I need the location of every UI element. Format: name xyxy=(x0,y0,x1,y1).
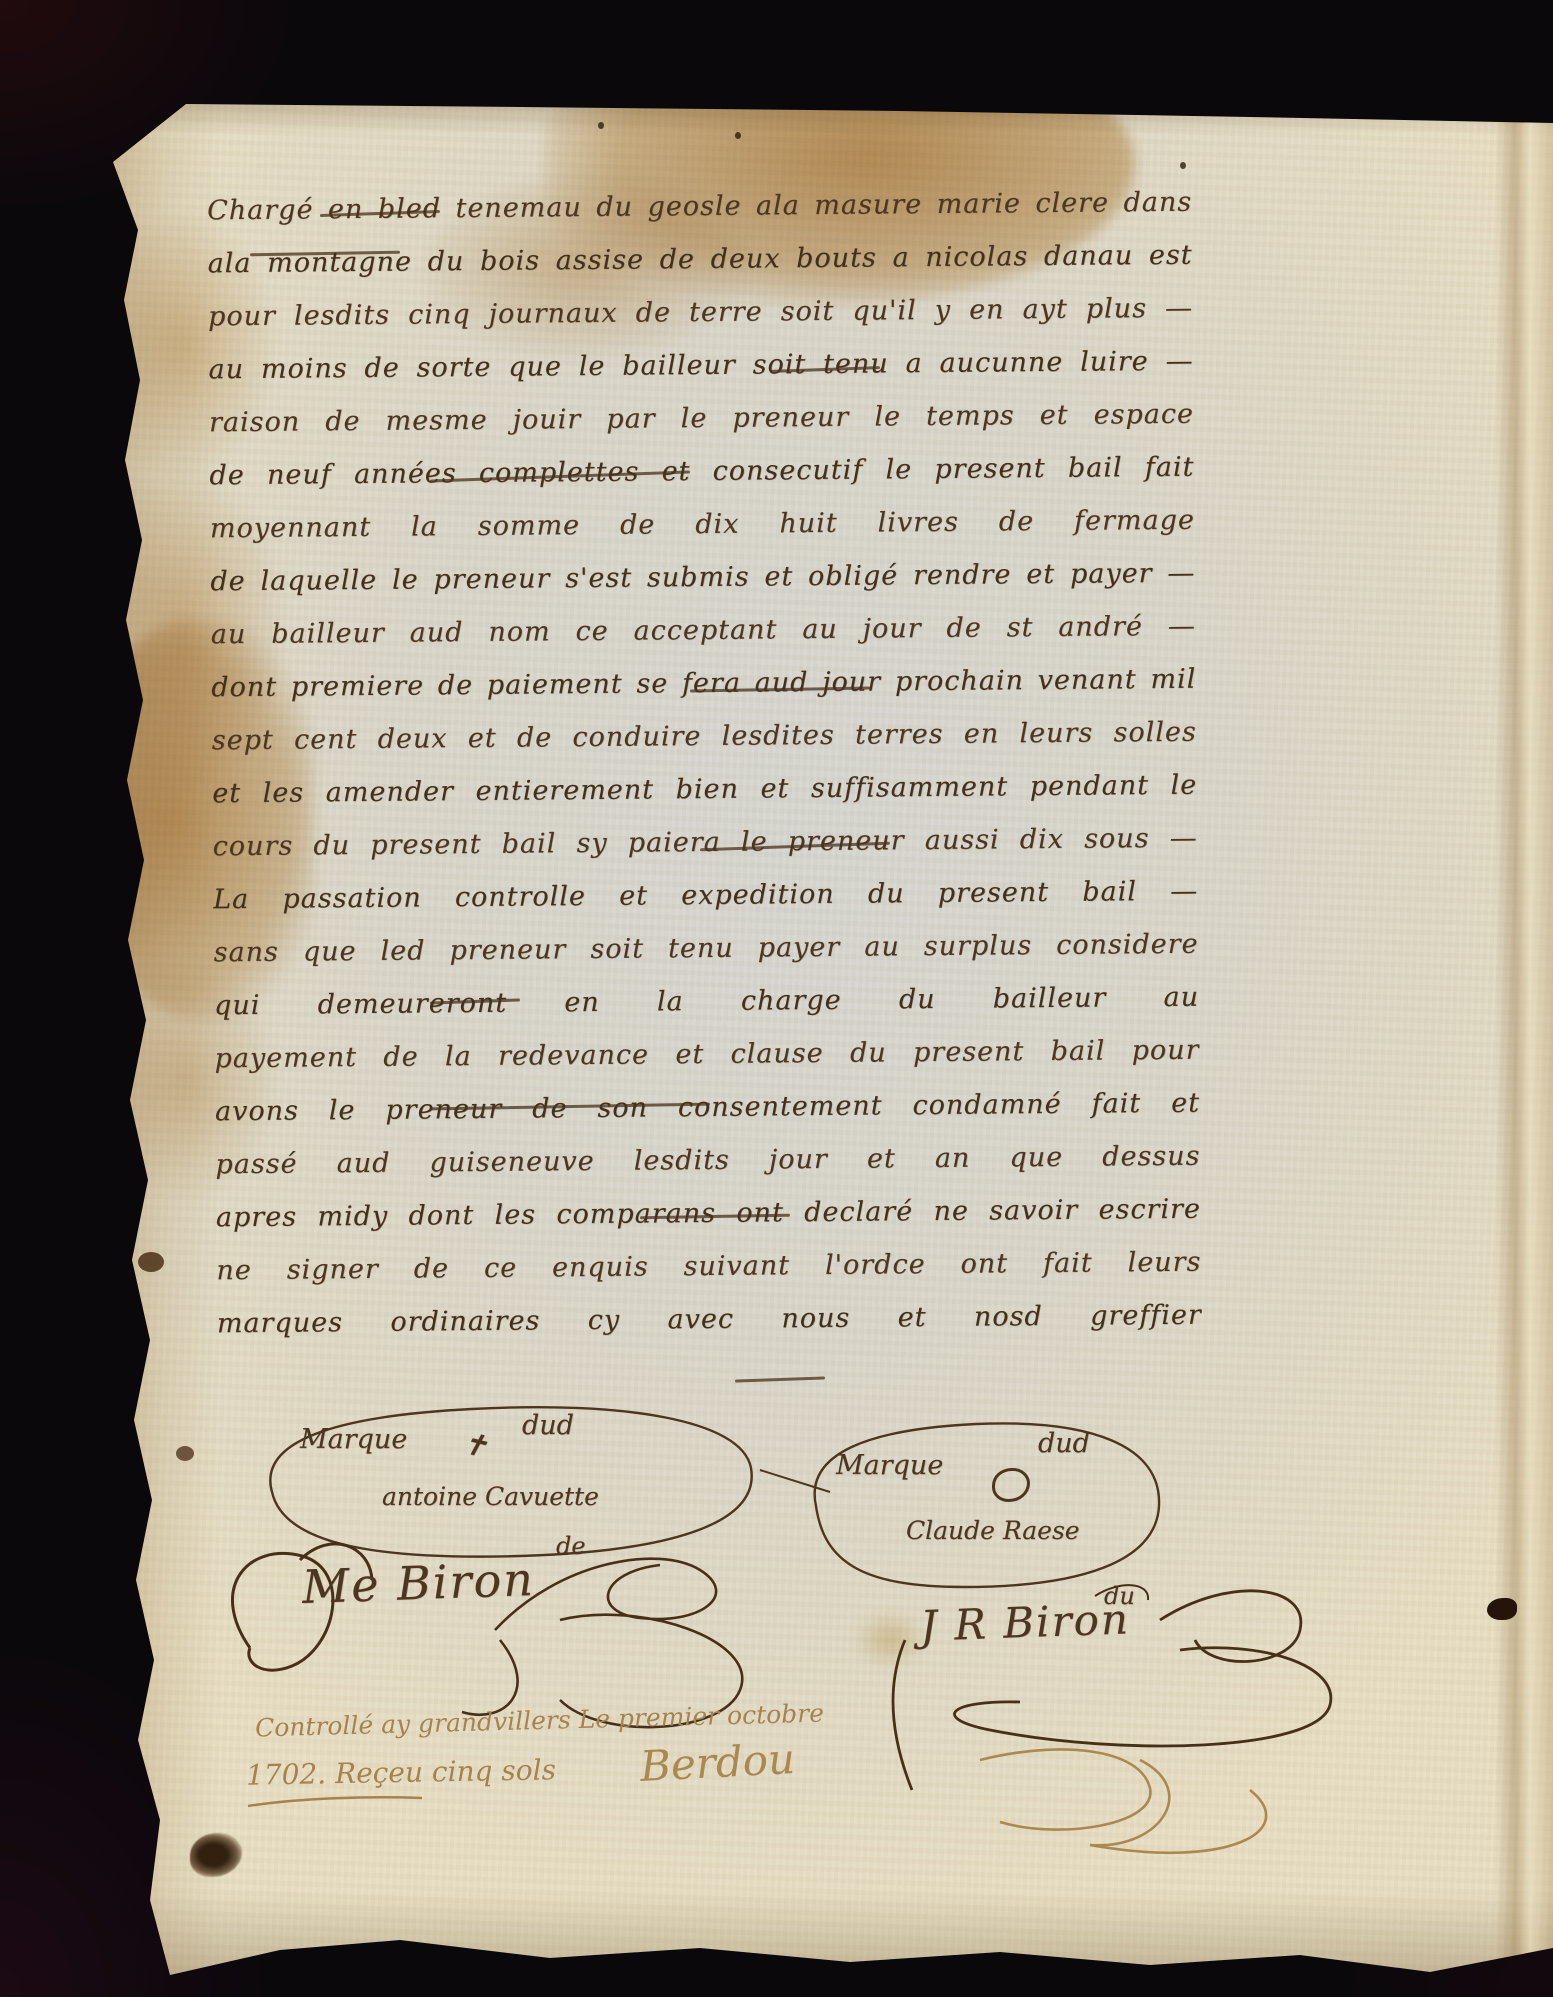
control-note-line2: 1702. Reçeu cinq sols xyxy=(246,1753,556,1791)
text-line: apres midy dont les comparans ont declar… xyxy=(216,1183,1201,1245)
text-line: marques ordinaires cy avec nous et nosd … xyxy=(217,1289,1202,1351)
ink-speck xyxy=(648,100,654,107)
small-yellow-stain xyxy=(855,1612,925,1667)
manuscript-body-text: Chargé en bled tenemau du geosle ala mas… xyxy=(207,176,1202,1351)
text-line: moyennant la somme de dix huit livres de… xyxy=(210,494,1195,556)
ink-speck xyxy=(735,132,741,139)
text-line: sept cent deux et de conduire lesdites t… xyxy=(212,706,1197,768)
left-signature: Me Biron xyxy=(301,1552,536,1614)
text-line: Chargé en bled tenemau du geosle ala mas… xyxy=(207,176,1192,238)
ink-speck xyxy=(598,122,604,129)
text-line: passé aud guiseneuve lesdits jour et an … xyxy=(215,1130,1200,1192)
text-line: dont premiere de paiement se fera aud jo… xyxy=(211,653,1196,715)
text-line: et les amender entierement bien et suffi… xyxy=(212,759,1197,821)
registration-signature: Berdou xyxy=(639,1734,796,1791)
text-line: pour lesdits cinq journaux de terre soit… xyxy=(208,282,1193,344)
text-line: cours du present bail sy paiera le prene… xyxy=(212,812,1197,874)
paper-speck-left-b xyxy=(176,1446,194,1461)
text-line: ala montagne du bois assise de deux bout… xyxy=(207,229,1192,291)
left-mark-dud-label: dud xyxy=(522,1410,574,1441)
dark-speck-right xyxy=(1487,1598,1517,1620)
paper-speck-left-a xyxy=(138,1252,164,1272)
right-signature: J R Biron xyxy=(919,1594,1130,1650)
right-mark-name: Claude Raese xyxy=(906,1516,1080,1545)
manuscript-paper-sheet: Chargé en bled tenemau du geosle ala mas… xyxy=(0,0,1553,1997)
text-line: de neuf années complettes et consecutif … xyxy=(209,441,1194,503)
left-mark-name: antoine Cavuette xyxy=(382,1482,599,1511)
text-line: raison de mesme jouir par le preneur le … xyxy=(209,388,1194,450)
top-background-quill-strokes xyxy=(1086,4,1182,66)
right-mark-dud-label: dud xyxy=(1038,1428,1090,1459)
text-line: sans que led preneur soit tenu payer au … xyxy=(213,918,1198,980)
text-line: ne signer de ce enquis suivant l'ordce o… xyxy=(216,1236,1201,1298)
scanned-manuscript-scene: Chargé en bled tenemau du geosle ala mas… xyxy=(0,0,1553,1997)
text-line: de laquelle le preneur s'est submis et o… xyxy=(210,547,1195,609)
right-mark-label: Marque xyxy=(836,1450,943,1481)
left-signature-superscript: de xyxy=(556,1532,586,1560)
right-edge-fold-crease xyxy=(1495,100,1553,1990)
left-mark-label: Marque xyxy=(300,1424,407,1455)
bottom-edge-shading xyxy=(120,1890,1553,1990)
text-line: payement de la redevance et clause du pr… xyxy=(214,1024,1199,1086)
text-line: au moins de sorte que le bailleur soit t… xyxy=(208,335,1193,397)
text-line: au bailleur aud nom ce acceptant au jour… xyxy=(211,600,1196,662)
ink-speck xyxy=(1180,162,1186,169)
text-line: La passation controlle et expedition du … xyxy=(213,865,1198,927)
text-line: avons le preneur de son consentement con… xyxy=(215,1077,1200,1139)
text-line: qui demeureront en la charge du bailleur… xyxy=(214,971,1199,1033)
